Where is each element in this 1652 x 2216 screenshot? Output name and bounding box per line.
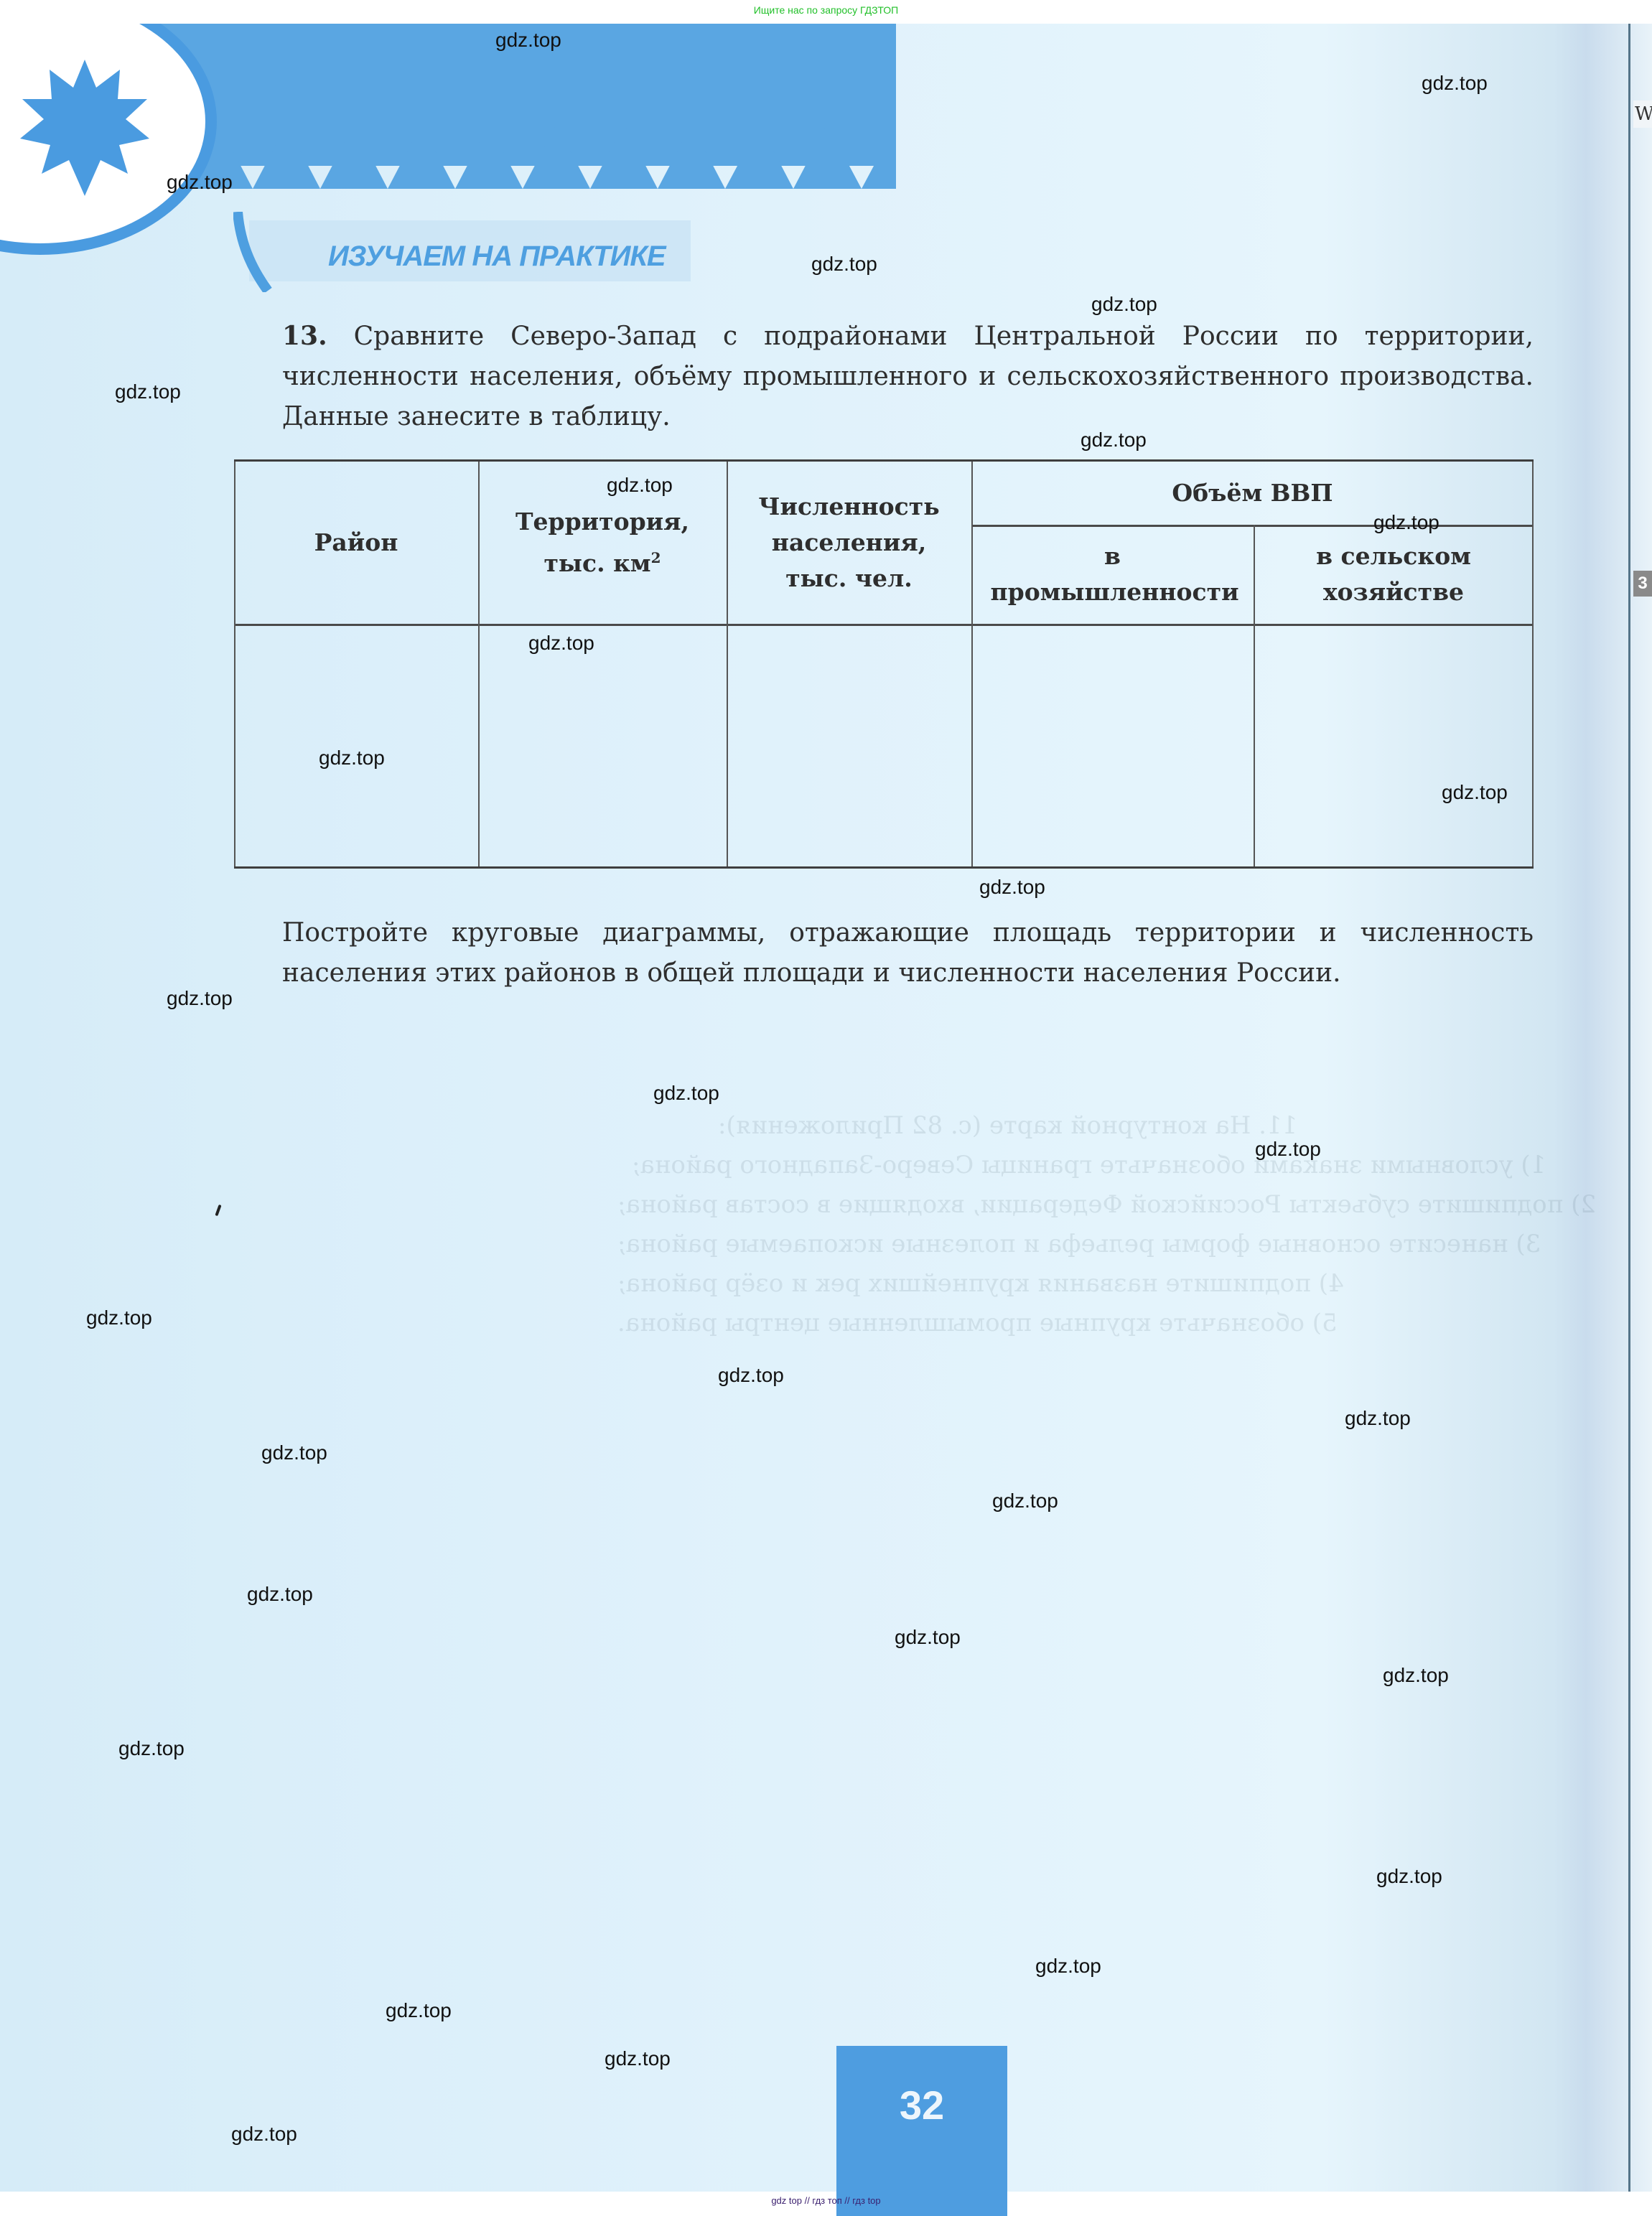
watermark: gdz.top [1091,293,1157,316]
bleed-through-line: 5) обозначьте крупные промышленные центр… [617,1309,1338,1337]
watermark: gdz.top [1081,429,1147,452]
watermark: gdz.top [653,1082,719,1105]
bleed-through-line: 2) подпишите субъекты Российской Федерац… [617,1190,1596,1219]
watermark: gdz.top [1373,511,1439,534]
star-icon [13,56,157,200]
cell-gdp-industry[interactable] [973,626,1252,865]
footer-note: gdz top // гдз топ // гдз top [0,2195,1652,2206]
header-zigzag-decoration [172,124,897,189]
top-promo-note: Ищите нас по запросу ГДЗТОП [0,4,1652,16]
watermark: gdz.top [979,876,1045,899]
bleed-through-line: 3) нанесите основные формы рельефа и пол… [617,1230,1541,1258]
watermark: gdz.top [1383,1664,1449,1687]
task-13: 13. Сравните Северо-Запад с подрайонами … [282,316,1534,437]
page-spine [1628,24,1630,2192]
section-banner: ИЗУЧАЕМ НА ПРАКТИКЕ [233,212,693,292]
watermark: gdz.top [118,1737,185,1760]
next-page-edge-letter: W [1633,100,1652,128]
watermark: gdz.top [1442,781,1508,804]
cell-gdp-agriculture[interactable] [1255,626,1532,865]
task-number: 13. [282,321,327,351]
section-title: ИЗУЧАЕМ НА ПРАКТИКЕ [328,240,666,273]
page-number: 32 [836,2082,1007,2128]
watermark: gdz.top [167,171,233,194]
watermark: gdz.top [1345,1407,1411,1430]
bleed-through-line: 4) подпишите названия крупнейших рек и о… [617,1269,1344,1298]
watermark: gdz.top [607,474,673,497]
bleed-through-line: 11. На контурной карте (с. 82 Приложения… [718,1111,1297,1140]
cell-territory[interactable] [480,626,725,865]
chapter-tab: 3 [1633,571,1652,597]
watermark: gdz.top [86,1306,152,1329]
header-gdp-agriculture: в сельском хозяйстве [1254,525,1534,624]
pie-chart-instruction: Постройте круговые диаграммы, отражающие… [282,913,1534,994]
cell-district[interactable] [235,626,477,865]
task-text: Сравните Северо-Запад с подрайонами Цент… [282,322,1534,431]
header-district: Район [234,462,478,624]
watermark: gdz.top [811,253,877,276]
watermark: gdz.top [605,2047,671,2070]
watermark: gdz.top [231,2123,297,2146]
watermark: gdz.top [247,1583,313,1606]
watermark: gdz.top [895,1626,961,1649]
comparison-table: Район Территория, тыс. км2 Численность н… [234,459,1534,869]
header-population: Численность населения, тыс. чел. [727,462,971,624]
bleed-through-line: 1) условными знаками обозначьте границы … [632,1151,1546,1179]
watermark: gdz.top [1376,1865,1442,1888]
watermark: gdz.top [495,29,561,52]
watermark: gdz.top [167,987,233,1010]
page-number-box: 32 [836,2046,1007,2216]
header-gdp: Объём ВВП [971,462,1534,525]
watermark: gdz.top [386,1999,452,2022]
watermark: gdz.top [261,1441,327,1464]
watermark: gdz.top [718,1364,784,1387]
watermark: gdz.top [992,1490,1058,1513]
header-gdp-industry: в промышленности [971,525,1254,624]
watermark: gdz.top [115,380,181,403]
watermark: gdz.top [319,747,385,770]
header-territory: Территория, тыс. км2 [478,462,727,624]
watermark: gdz.top [1255,1138,1321,1161]
watermark: gdz.top [1035,1955,1101,1978]
cell-population[interactable] [728,626,970,865]
watermark: gdz.top [528,632,594,655]
watermark: gdz.top [1422,72,1488,95]
